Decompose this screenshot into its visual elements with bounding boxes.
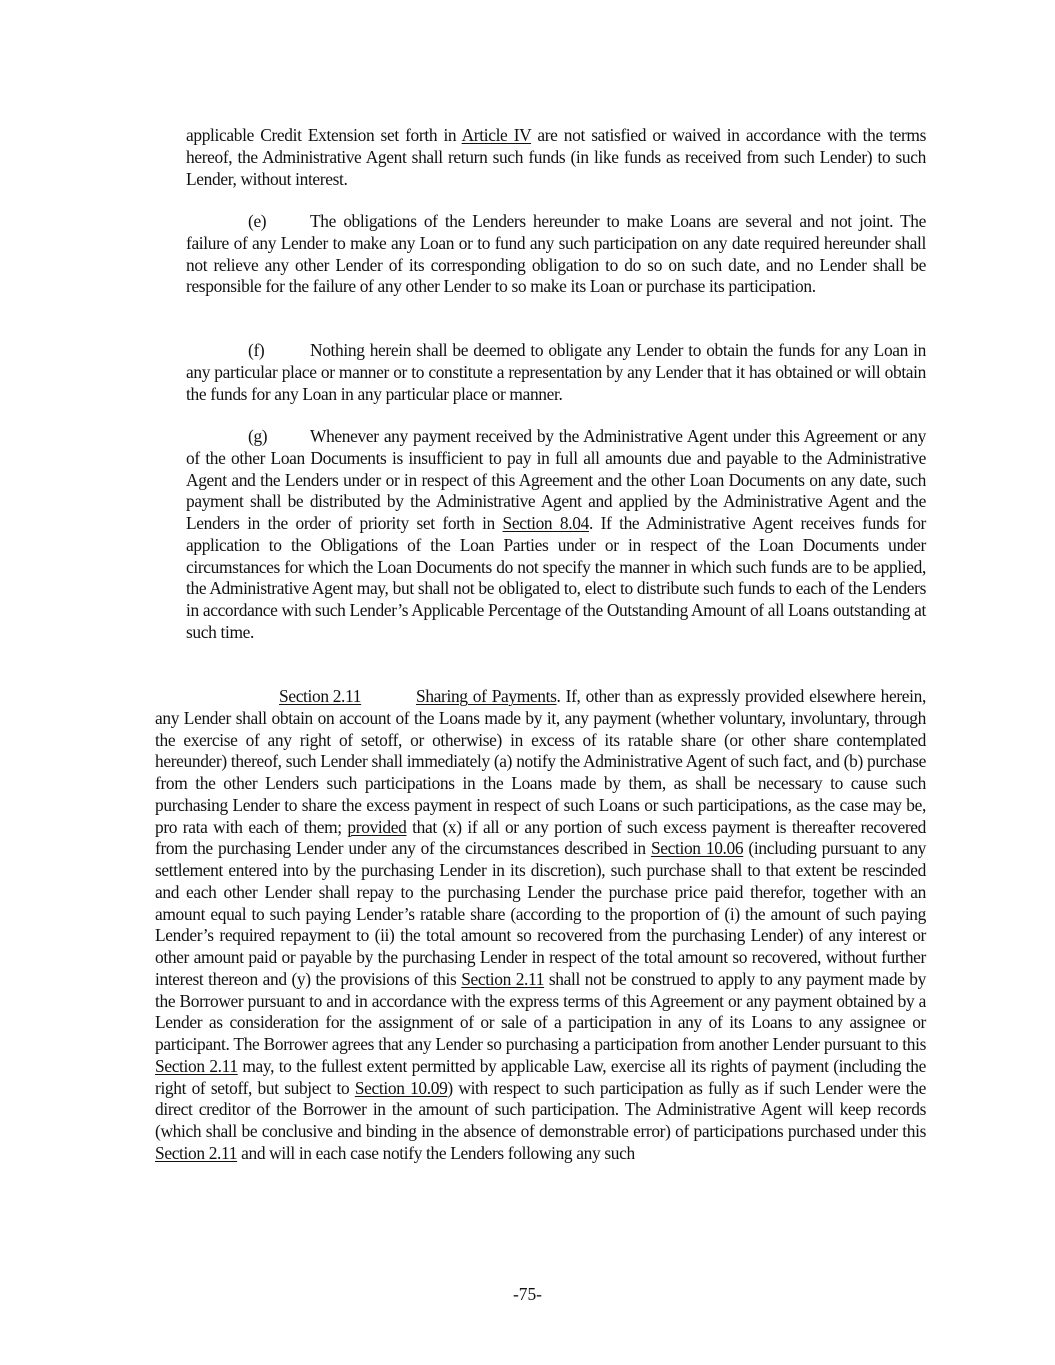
body-text: and will in each case notify the Lenders… xyxy=(237,1143,635,1163)
section-number: Section 2.11 xyxy=(279,686,416,708)
section-2-11-paragraph: Section 2.11Sharing of Payments. If, oth… xyxy=(155,686,926,1165)
paragraph-label: (f) xyxy=(248,340,310,362)
cross-reference: Section 8.04 xyxy=(503,513,589,533)
paragraph-g: (g)Whenever any payment received by the … xyxy=(186,426,926,644)
paragraph-label: (g) xyxy=(248,426,310,448)
paragraph-e: (e)The obligations of the Lenders hereun… xyxy=(186,211,926,298)
cross-reference: Section 10.09 xyxy=(355,1078,448,1098)
cross-reference: Article IV xyxy=(462,125,531,145)
body-text: applicable Credit Extension set forth in xyxy=(186,125,462,145)
cross-reference: Section 2.11 xyxy=(461,969,544,989)
cross-reference: provided xyxy=(347,817,406,837)
cross-reference: Section 2.11 xyxy=(155,1143,237,1163)
paragraph-f: (f)Nothing herein shall be deemed to obl… xyxy=(186,340,926,405)
page-number: -75- xyxy=(0,1284,1055,1305)
body-text: . If, other than as expressly provided e… xyxy=(155,686,926,837)
cross-reference: Section 10.06 xyxy=(651,838,743,858)
cross-reference: Section 2.11 xyxy=(155,1056,238,1076)
paragraph-d-continued: applicable Credit Extension set forth in… xyxy=(186,125,926,190)
document-page: applicable Credit Extension set forth in… xyxy=(0,0,1055,1365)
section-title: Sharing of Payments xyxy=(416,686,557,706)
paragraph-label: (e) xyxy=(248,211,310,233)
body-text: (including pursuant to any settlement en… xyxy=(155,838,926,989)
